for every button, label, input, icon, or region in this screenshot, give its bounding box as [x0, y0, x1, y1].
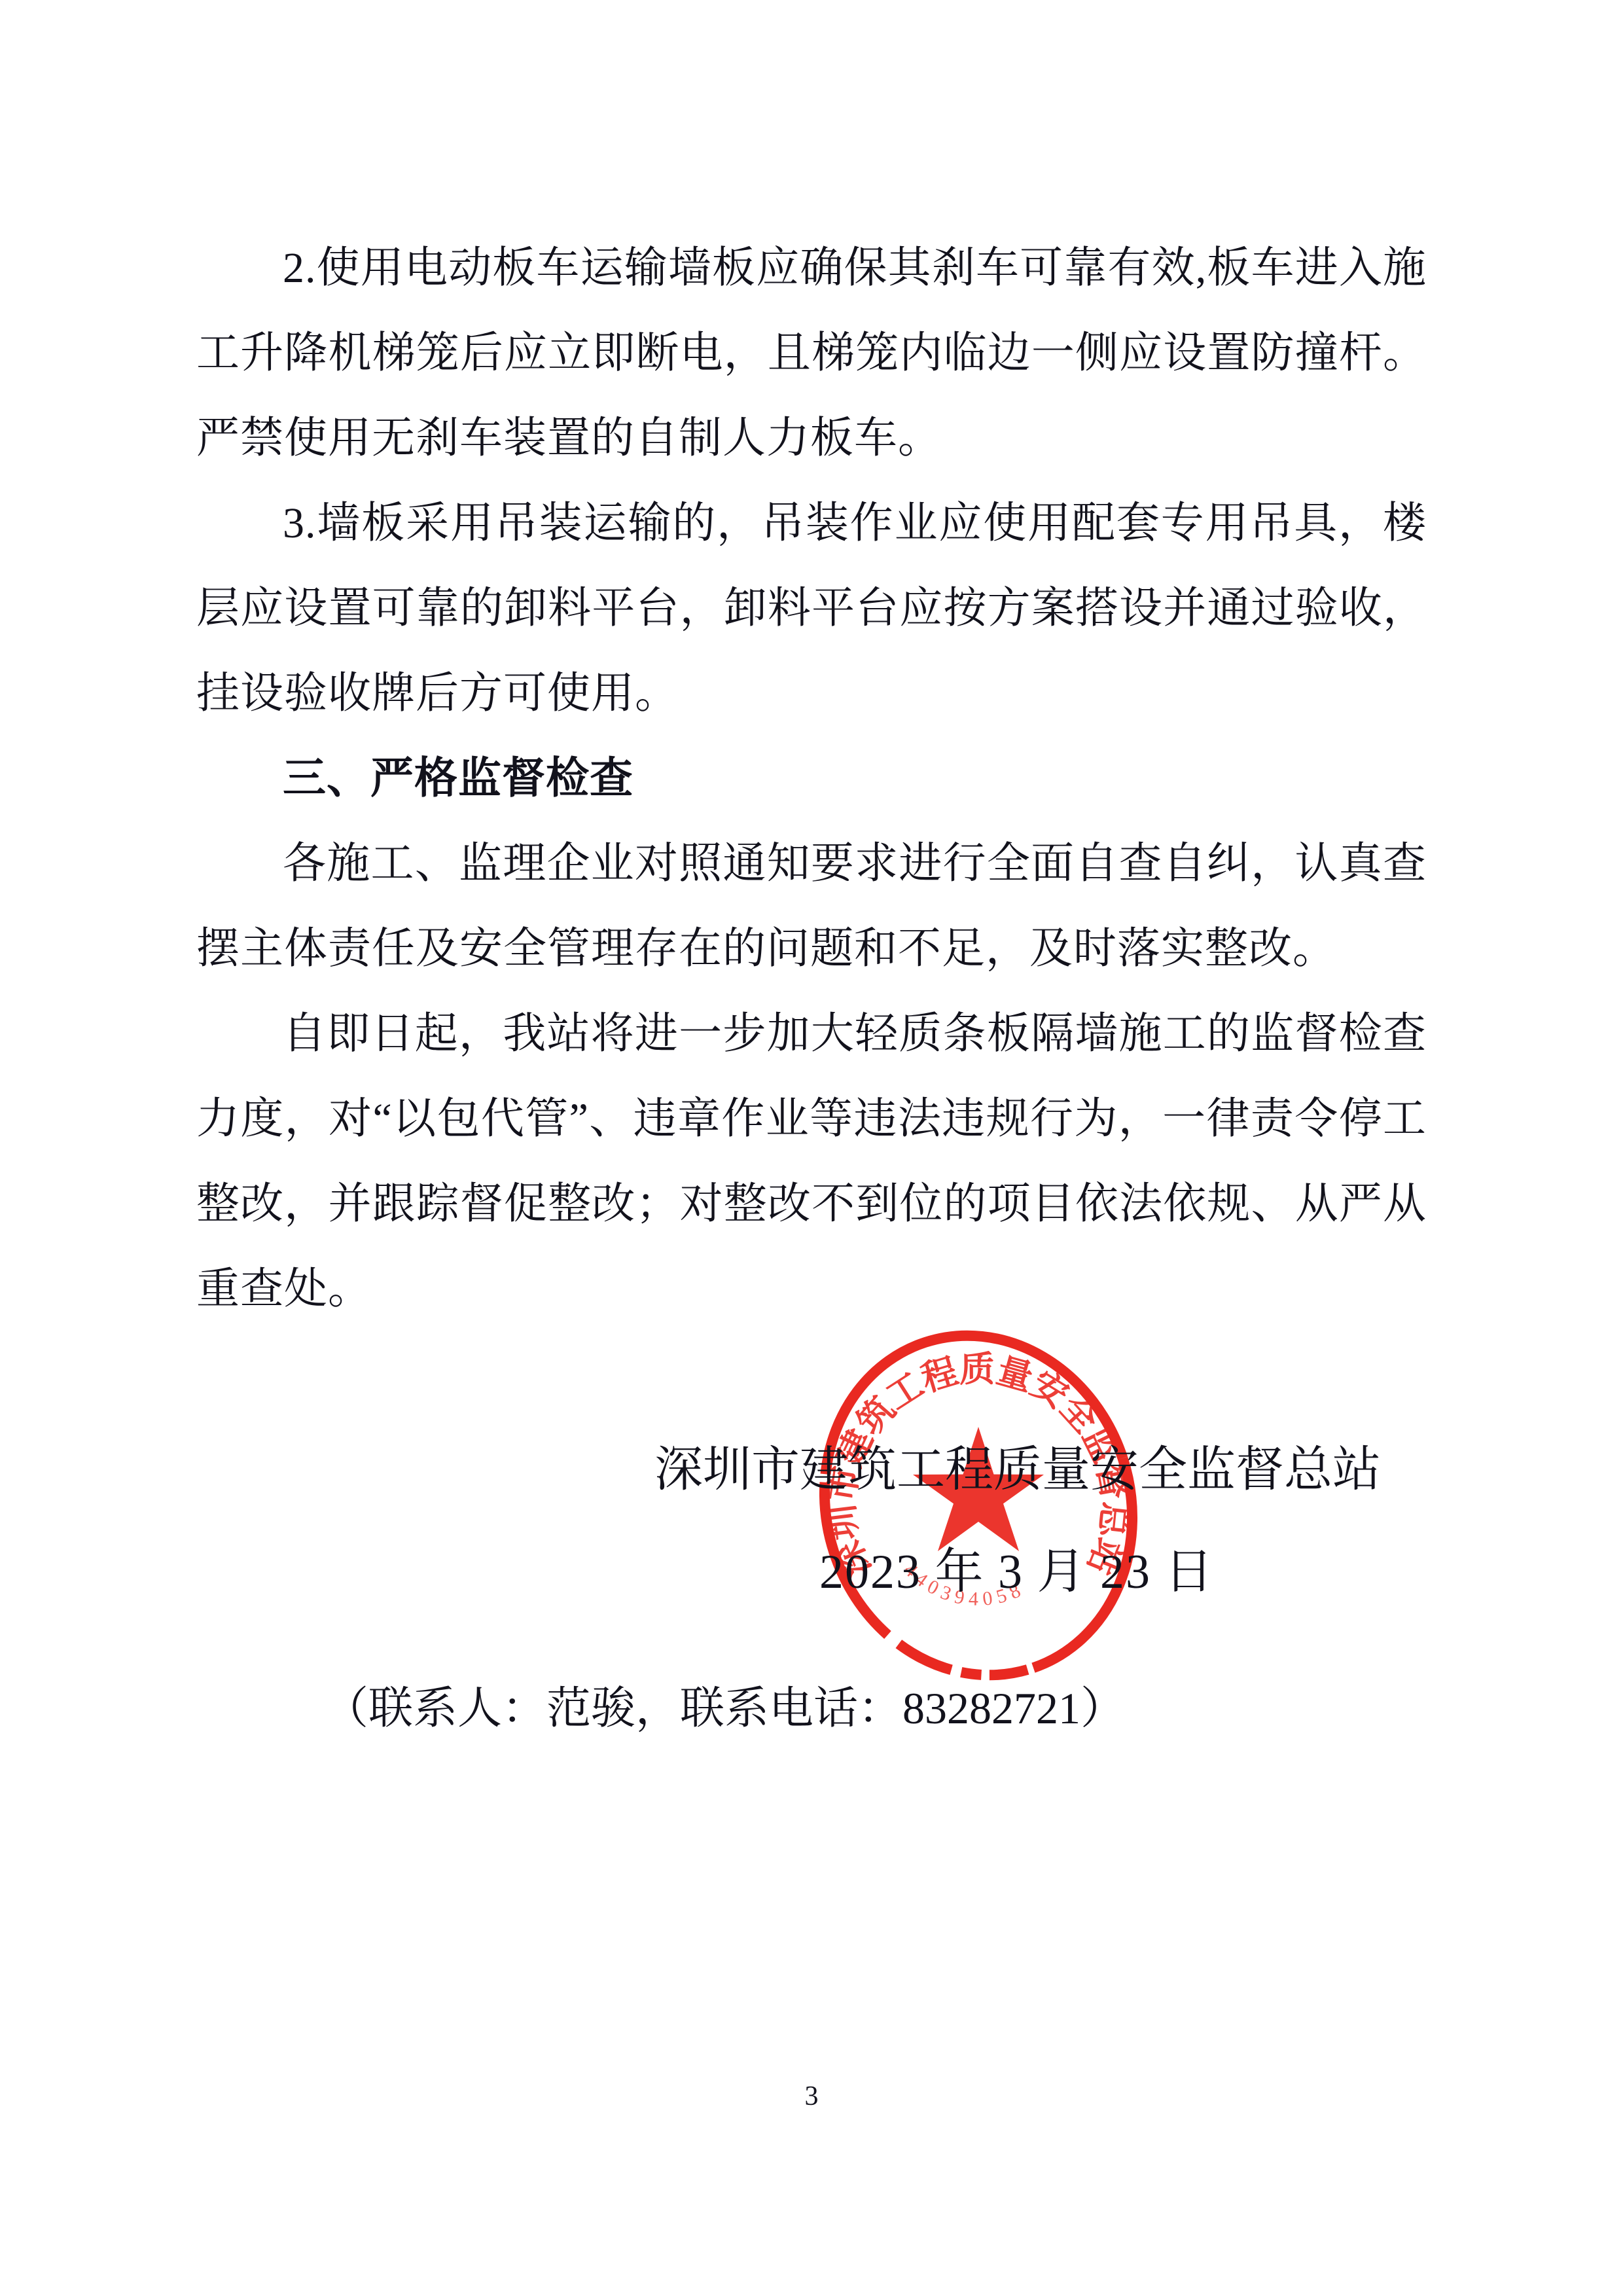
- document-page: 2.使用电动板车运输墙板应确保其刹车可靠有效,板车进入施工升降机梯笼后应立即断电…: [0, 0, 1623, 2296]
- document-body: 2.使用电动板车运输墙板应确保其刹车可靠有效,板车进入施工升降机梯笼后应立即断电…: [196, 226, 1427, 1332]
- paragraph-item-3: 3.墙板采用吊装运输的，吊装作业应使用配套专用吊具，楼层应设置可靠的卸料平台，卸…: [196, 481, 1427, 736]
- paragraph-enforcement: 自即日起，我站将进一步加大轻质条板隔墙施工的监督检查力度，对“以包代管”、违章作…: [196, 992, 1427, 1332]
- official-seal-stamp: 深圳市建筑工程质量安全监督总站 440394058: [813, 1321, 1144, 1691]
- contact-line: （联系人：范骏，联系电话：83282721）: [324, 1676, 1125, 1741]
- paragraph-item-2: 2.使用电动板车运输墙板应确保其刹车可靠有效,板车进入施工升降机梯笼后应立即断电…: [196, 226, 1427, 481]
- page-number: 3: [0, 2080, 1623, 2113]
- paragraph-self-check: 各施工、监理企业对照通知要求进行全面自查自纠，认真查摆主体责任及安全管理存在的问…: [196, 821, 1427, 992]
- signature-organization: 深圳市建筑工程质量安全监督总站: [654, 1437, 1381, 1503]
- signature-date: 2023 年 3 月 23 日: [819, 1539, 1215, 1605]
- section-heading: 三、严格监督检查: [196, 736, 1427, 821]
